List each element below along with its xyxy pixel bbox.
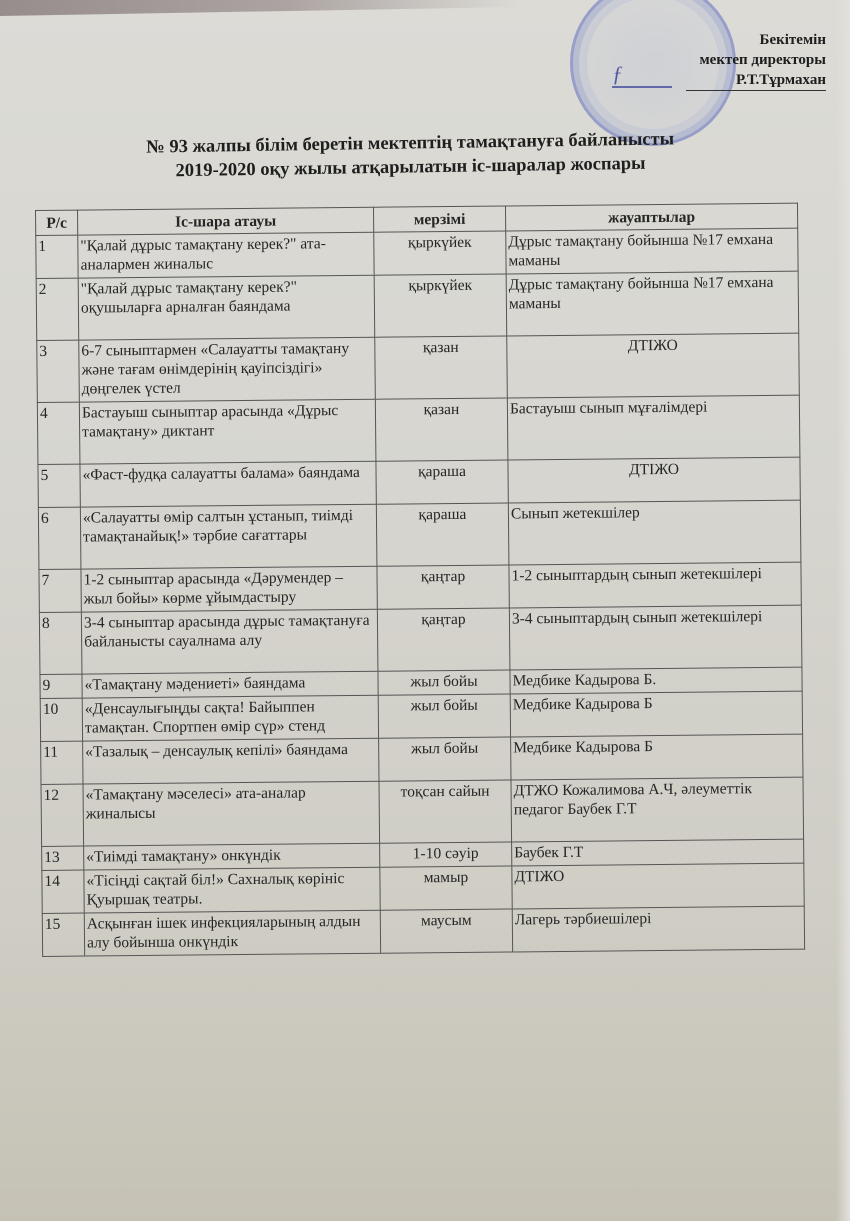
cell-responsible: Медбике Кадырова Б bbox=[511, 734, 803, 780]
header-responsible: жауаптылар bbox=[505, 203, 797, 231]
cell-responsible: Медбике Кадырова Б bbox=[510, 691, 802, 737]
cell-responsible: ДТІЖО bbox=[512, 863, 804, 909]
cell-number: 11 bbox=[41, 741, 83, 784]
cell-responsible: Медбике Кадырова Б. bbox=[510, 667, 802, 694]
cell-number: 3 bbox=[37, 340, 80, 402]
cell-event-name: Бастауыш сыныптар арасында «Дұрыс тамақт… bbox=[79, 399, 376, 464]
cell-event-name: «Тамақтану мәселесі» ата-аналар жиналысы bbox=[83, 781, 380, 846]
cell-term: жыл бойы bbox=[379, 737, 511, 781]
table-row: 14«Тісіңді сақтай біл!» Сахналық көрініс… bbox=[42, 863, 804, 913]
cell-number: 4 bbox=[37, 402, 80, 464]
cell-number: 13 bbox=[42, 846, 84, 870]
table-row: 36-7 сыныптармен «Салауатты тамақтану жә… bbox=[37, 333, 800, 402]
table-row: 4Бастауыш сыныптар арасында «Дұрыс тамақ… bbox=[37, 395, 800, 464]
header-term: мерзімі bbox=[373, 206, 505, 232]
cell-responsible: ДТІЖО bbox=[508, 457, 800, 503]
cell-term: қыркүйек bbox=[374, 274, 507, 337]
cell-number: 10 bbox=[40, 698, 82, 741]
cell-term: қыркүйек bbox=[374, 231, 506, 275]
approval-director-name: Р.Т.Тұрмахан bbox=[686, 70, 826, 91]
table-row: 83-4 сыныптар арасында дұрыс тамақтануға… bbox=[39, 605, 802, 674]
cell-responsible: 3-4 сыныптардың сынып жетекшілері bbox=[509, 605, 802, 670]
cell-term: 1-10 сәуір bbox=[380, 842, 512, 867]
cell-number: 14 bbox=[42, 870, 84, 913]
cell-term: маусым bbox=[380, 909, 512, 953]
cell-number: 8 bbox=[39, 612, 82, 674]
cell-responsible: 1-2 сыныптардың сынып жетекшілері bbox=[509, 562, 801, 608]
cell-event-name: "Қалай дұрыс тамақтану керек?" оқушыларғ… bbox=[78, 275, 375, 340]
table-row: 15Асқынған ішек инфекцияларының алдын ал… bbox=[42, 906, 804, 956]
cell-event-name: "Қалай дұрыс тамақтану керек?" ата-анала… bbox=[78, 232, 374, 278]
document-title: № 93 жалпы білім беретін мектептің тамақ… bbox=[60, 126, 761, 185]
cell-term: қазан bbox=[375, 398, 508, 461]
cell-responsible: Лагерь тәрбиешілері bbox=[512, 906, 804, 952]
table-row: 2"Қалай дұрыс тамақтану керек?" оқушылар… bbox=[36, 271, 799, 340]
cell-event-name: 6-7 сыныптармен «Салауатты тамақтану жән… bbox=[79, 337, 376, 402]
cell-number: 5 bbox=[38, 464, 80, 507]
cell-number: 12 bbox=[41, 784, 84, 846]
photo-top-shadow bbox=[0, 0, 520, 16]
header-name: Іс-шара атауы bbox=[78, 207, 374, 235]
cell-event-name: «Салауатты өмір салтын ұстанып, тиімді т… bbox=[80, 504, 377, 569]
approval-position: мектеп директоры bbox=[686, 50, 826, 70]
cell-term: қараша bbox=[376, 503, 509, 566]
cell-responsible: Сынып жетекшілер bbox=[508, 500, 801, 565]
plan-table-container: Р/с Іс-шара атауы мерзімі жауаптылар 1"Қ… bbox=[35, 203, 804, 957]
cell-number: 9 bbox=[40, 674, 82, 698]
cell-number: 1 bbox=[36, 235, 78, 278]
cell-responsible: ДТЖО Кожалимова А.Ч, әлеуметтік педагог … bbox=[511, 777, 804, 842]
approval-title: Бекітемін bbox=[686, 30, 826, 50]
cell-term: тоқсан сайын bbox=[379, 780, 512, 843]
cell-number: 2 bbox=[36, 278, 79, 340]
photo-right-edge bbox=[836, 0, 850, 1221]
cell-responsible: Дұрыс тамақтану бойынша №17 емхана маман… bbox=[506, 271, 799, 336]
cell-event-name: «Фаст-фудқа салауатты балама» баяндама bbox=[80, 461, 376, 507]
cell-term: мамыр bbox=[380, 866, 512, 910]
table-row: 11«Тазалық – денсаулық кепілі» баяндамаж… bbox=[41, 734, 803, 784]
cell-term: қазан bbox=[375, 336, 508, 399]
table-row: 71-2 сыныптар арасында «Дәрумендер – жыл… bbox=[39, 562, 801, 612]
cell-event-name: «Тазалық – денсаулық кепілі» баяндама bbox=[83, 738, 379, 784]
table-row: 5«Фаст-фудқа салауатты балама» баяндамақ… bbox=[38, 457, 800, 507]
table-row: 1"Қалай дұрыс тамақтану керек?" ата-анал… bbox=[36, 228, 798, 278]
header-num: Р/с bbox=[36, 210, 78, 235]
cell-term: жыл бойы bbox=[378, 670, 510, 695]
cell-event-name: «Тамақтану мәдениеті» баяндама bbox=[82, 671, 378, 698]
table-row: 10«Денсаулығыңды сақта! Байыппен тамақта… bbox=[40, 691, 802, 741]
cell-event-name: 3-4 сыныптар арасында дұрыс тамақтануға … bbox=[81, 609, 378, 674]
cell-term: қараша bbox=[376, 460, 508, 504]
cell-event-name: «Тісіңді сақтай біл!» Сахналық көрініс Қ… bbox=[84, 867, 380, 913]
cell-term: жыл бойы bbox=[378, 694, 510, 738]
table-row: 12«Тамақтану мәселесі» ата-аналар жиналы… bbox=[41, 777, 804, 846]
cell-term: қаңтар bbox=[377, 608, 510, 671]
cell-number: 6 bbox=[38, 507, 81, 569]
cell-responsible: Бастауыш сынып мұғалімдері bbox=[507, 395, 800, 460]
cell-event-name: 1-2 сыныптар арасында «Дәрумендер – жыл … bbox=[81, 566, 377, 612]
cell-responsible: Баубек Г.Т bbox=[512, 839, 804, 866]
cell-number: 7 bbox=[39, 569, 81, 612]
approval-block: Бекітемін мектеп директоры Р.Т.Тұрмахан bbox=[686, 30, 826, 91]
cell-responsible: ДТІЖО bbox=[507, 333, 800, 398]
signature-icon: ƒ bbox=[612, 62, 672, 88]
cell-number: 15 bbox=[42, 913, 84, 956]
cell-event-name: «Денсаулығыңды сақта! Байыппен тамақтан.… bbox=[82, 695, 378, 741]
cell-event-name: «Тиімді тамақтану» онкүндік bbox=[84, 843, 380, 870]
cell-term: қаңтар bbox=[377, 565, 509, 609]
cell-event-name: Асқынған ішек инфекцияларының алдын алу … bbox=[84, 910, 380, 956]
cell-responsible: Дұрыс тамақтану бойынша №17 емхана маман… bbox=[506, 228, 798, 274]
table-row: 6«Салауатты өмір салтын ұстанып, тиімді … bbox=[38, 500, 801, 569]
table-body: 1"Қалай дұрыс тамақтану керек?" ата-анал… bbox=[36, 228, 805, 956]
plan-table: Р/с Іс-шара атауы мерзімі жауаптылар 1"Қ… bbox=[35, 203, 805, 957]
